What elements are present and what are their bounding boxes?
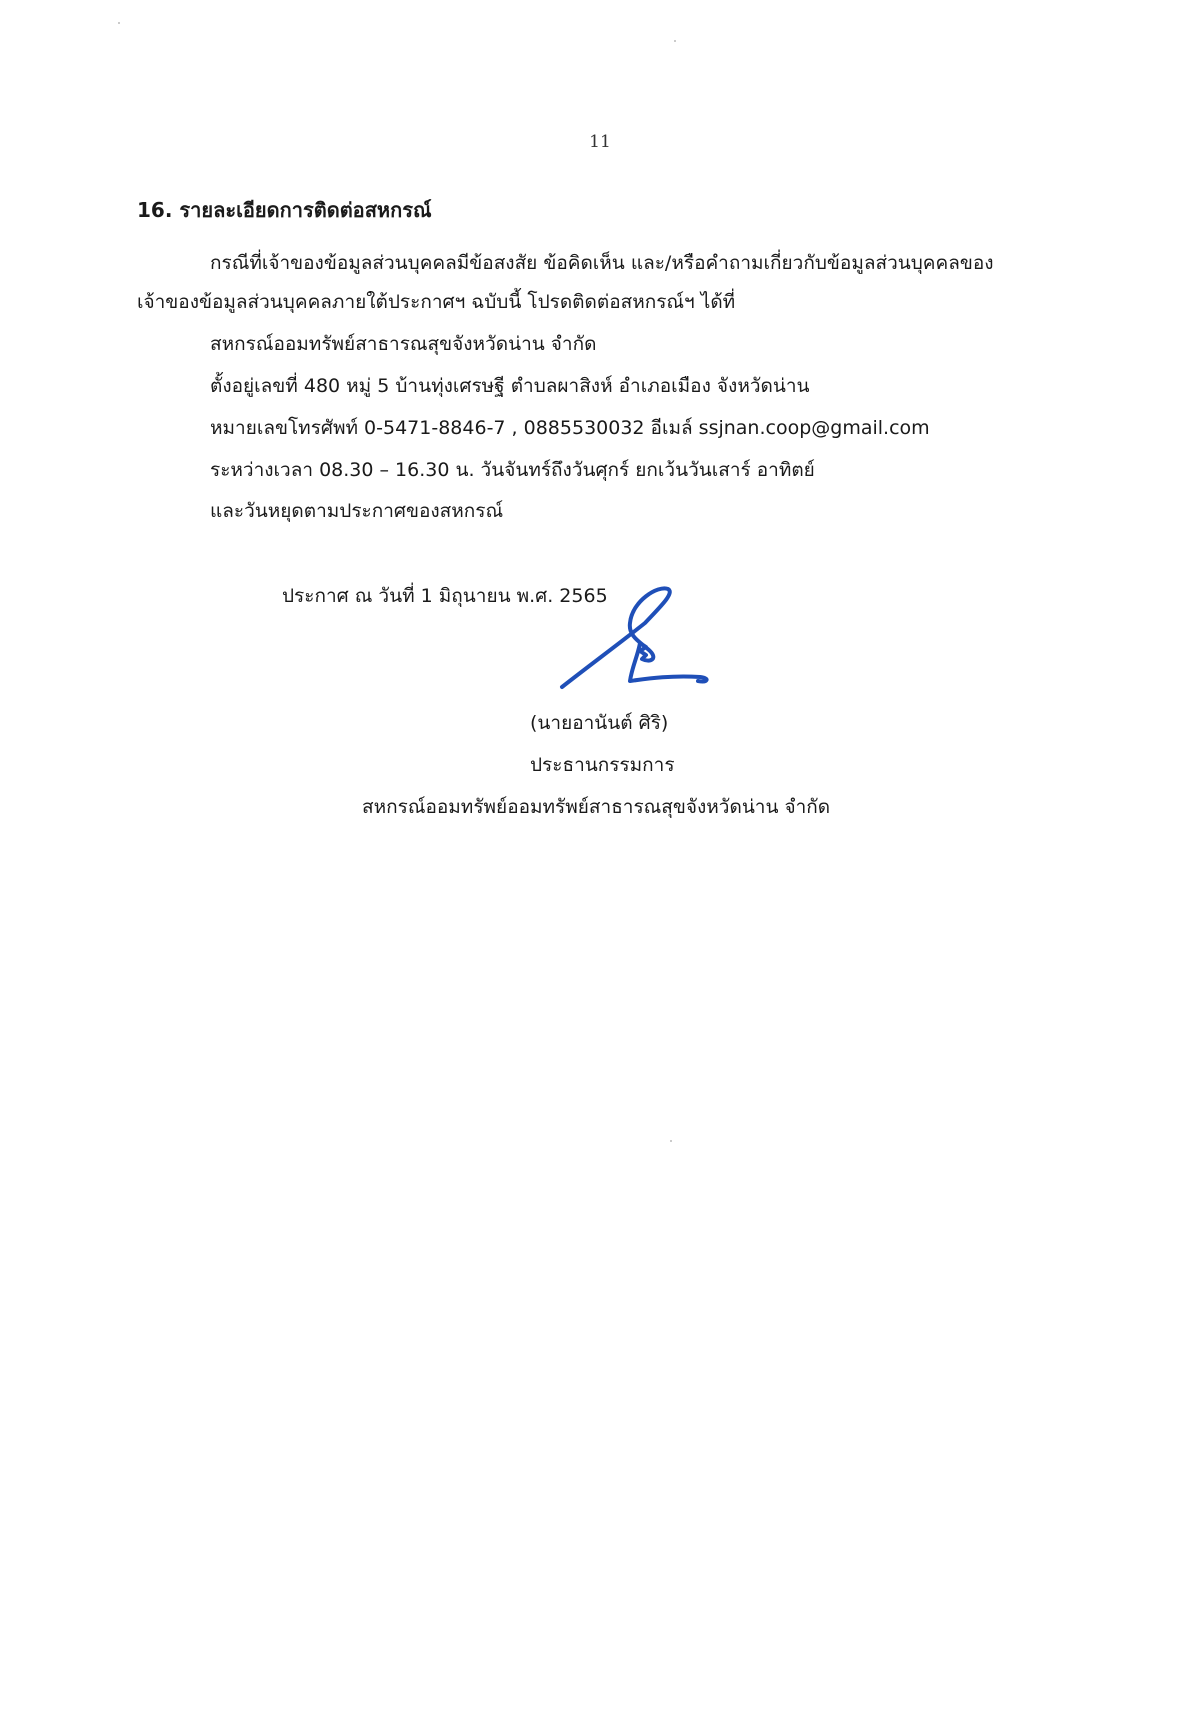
contact-organization: สหกรณ์ออมทรัพย์สาธารณสุขจังหวัดน่าน จำกั…	[210, 329, 596, 359]
scan-speck	[670, 1140, 672, 1142]
signer-name: (นายอานันต์ ศิริ)	[530, 708, 668, 738]
signer-organization: สหกรณ์ออมทรัพย์ออมทรัพย์สาธารณสุขจังหวัด…	[362, 792, 830, 822]
page-number: 11	[0, 132, 1200, 152]
contact-address: ตั้งอยู่เลขที่ 480 หมู่ 5 บ้านทุ่งเศรษฐี…	[210, 371, 810, 401]
scan-speck	[674, 40, 676, 42]
paragraph-line-1: กรณีที่เจ้าของข้อมูลส่วนบุคคลมีข้อสงสัย …	[210, 248, 994, 278]
section-heading: 16. รายละเอียดการติดต่อสหกรณ์	[137, 194, 432, 226]
scan-speck	[118, 22, 120, 24]
contact-phone-email: หมายเลขโทรศัพท์ 0-5471-8846-7 , 08855300…	[210, 413, 930, 443]
paragraph-line-2: เจ้าของข้อมูลส่วนบุคคลภายใต้ประกาศฯ ฉบับ…	[137, 287, 735, 317]
signer-position: ประธานกรรมการ	[530, 750, 675, 780]
contact-hours: ระหว่างเวลา 08.30 – 16.30 น. วันจันทร์ถึ…	[210, 455, 815, 485]
contact-holidays: และวันหยุดตามประกาศของสหกรณ์	[210, 496, 503, 526]
signature-icon	[550, 585, 720, 695]
